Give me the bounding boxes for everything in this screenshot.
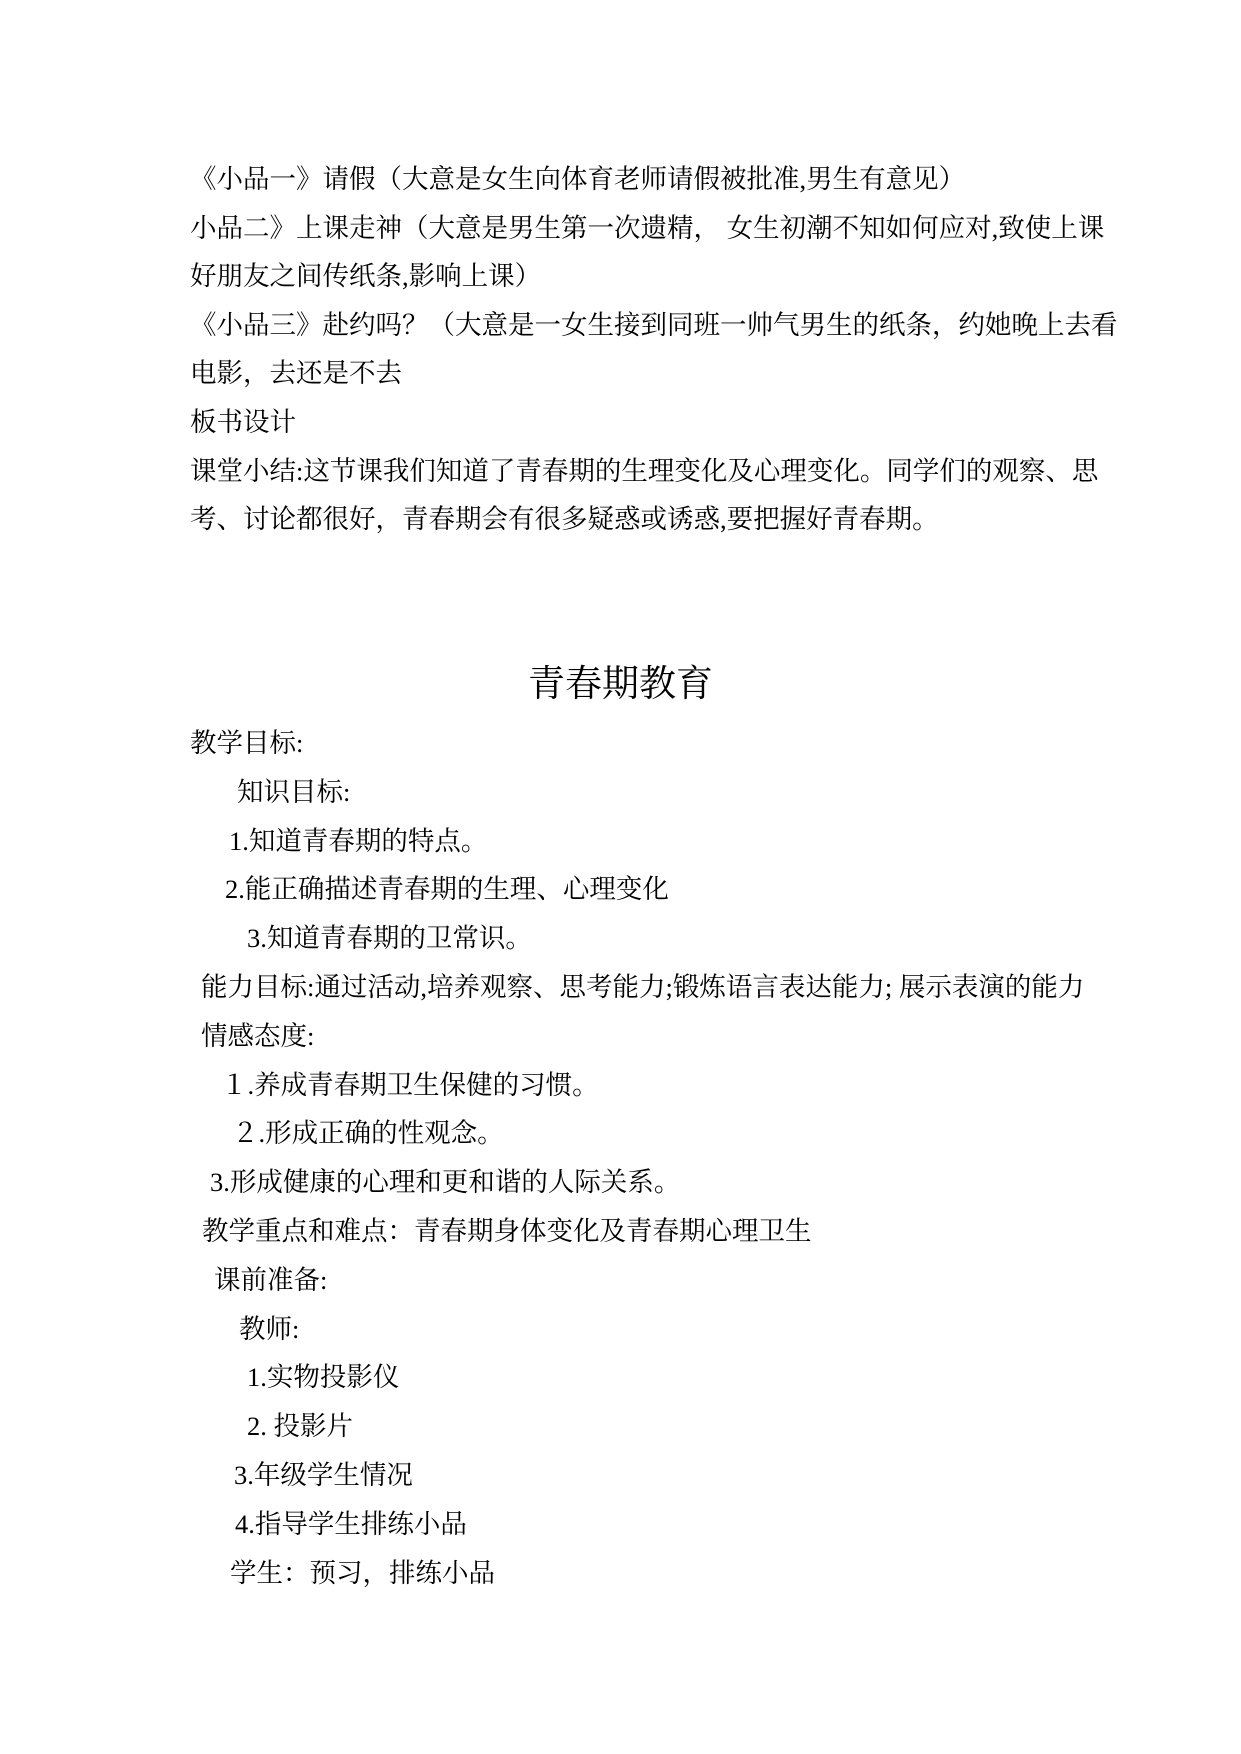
lesson-plan-section: 教学目标: 知识目标: 1.知道青春期的特点。 2.能正确描述青春期的生理、心理… xyxy=(190,719,1084,1597)
doc-line: 教学重点和难点：青春期身体变化及青春期心理卫生 xyxy=(202,1207,1084,1256)
doc-line: 《小品三》赴约吗？（大意是一女生接到同班一帅气男生的纸条，约她晚上去看 xyxy=(190,301,1118,350)
doc-line: 4.指导学生排练小品 xyxy=(235,1500,1084,1549)
doc-line: 3.知道青春期的卫常识。 xyxy=(247,914,1084,963)
doc-line: 3.年级学生情况 xyxy=(234,1451,1084,1500)
doc-line: 3.形成健康的心理和更和谐的人际关系。 xyxy=(210,1158,1084,1207)
doc-line: 教学目标: xyxy=(190,719,1084,768)
document-title: 青春期教育 xyxy=(0,657,1241,713)
doc-line: 知识目标: xyxy=(237,768,1084,817)
doc-line: 电影，去还是不去 xyxy=(190,349,1118,398)
doc-line: 课堂小结:这节课我们知道了青春期的生理变化及心理变化。同学们的观察、思 xyxy=(190,447,1118,496)
doc-line: 板书设计 xyxy=(190,398,1118,447)
doc-line: 2. 投影片 xyxy=(247,1402,1084,1451)
lesson-notes-top-section: 《小品一》请假（大意是女生向体育老师请假被批准,男生有意见） 小品二》上课走神（… xyxy=(190,155,1118,544)
doc-line: 1.知道青春期的特点。 xyxy=(229,817,1084,866)
doc-line: 好朋友之间传纸条,影响上课） xyxy=(190,252,1118,301)
doc-line: 2.能正确描述青春期的生理、心理变化 xyxy=(225,865,1084,914)
doc-line: 能力目标:通过活动,培养观察、思考能力;锻炼语言表达能力; 展示表演的能力 xyxy=(201,963,1084,1012)
doc-line: 情感态度: xyxy=(201,1012,1084,1061)
doc-line: １.养成青春期卫生保健的习惯。 xyxy=(221,1061,1084,1110)
document-page: 《小品一》请假（大意是女生向体育老师请假被批准,男生有意见） 小品二》上课走神（… xyxy=(0,0,1241,1754)
doc-line: ２.形成正确的性观念。 xyxy=(232,1109,1084,1158)
doc-line: 《小品一》请假（大意是女生向体育老师请假被批准,男生有意见） xyxy=(190,155,1118,204)
doc-line: 1.实物投影仪 xyxy=(247,1353,1084,1402)
doc-line: 小品二》上课走神（大意是男生第一次遗精， 女生初潮不知如何应对,致使上课 xyxy=(190,204,1118,253)
doc-line: 教师: xyxy=(239,1305,1084,1354)
doc-line: 学生：预习，排练小品 xyxy=(230,1549,1084,1598)
doc-line: 考、讨论都很好，青春期会有很多疑惑或诱惑,要把握好青春期。 xyxy=(190,495,1118,544)
doc-line: 课前准备: xyxy=(214,1256,1084,1305)
